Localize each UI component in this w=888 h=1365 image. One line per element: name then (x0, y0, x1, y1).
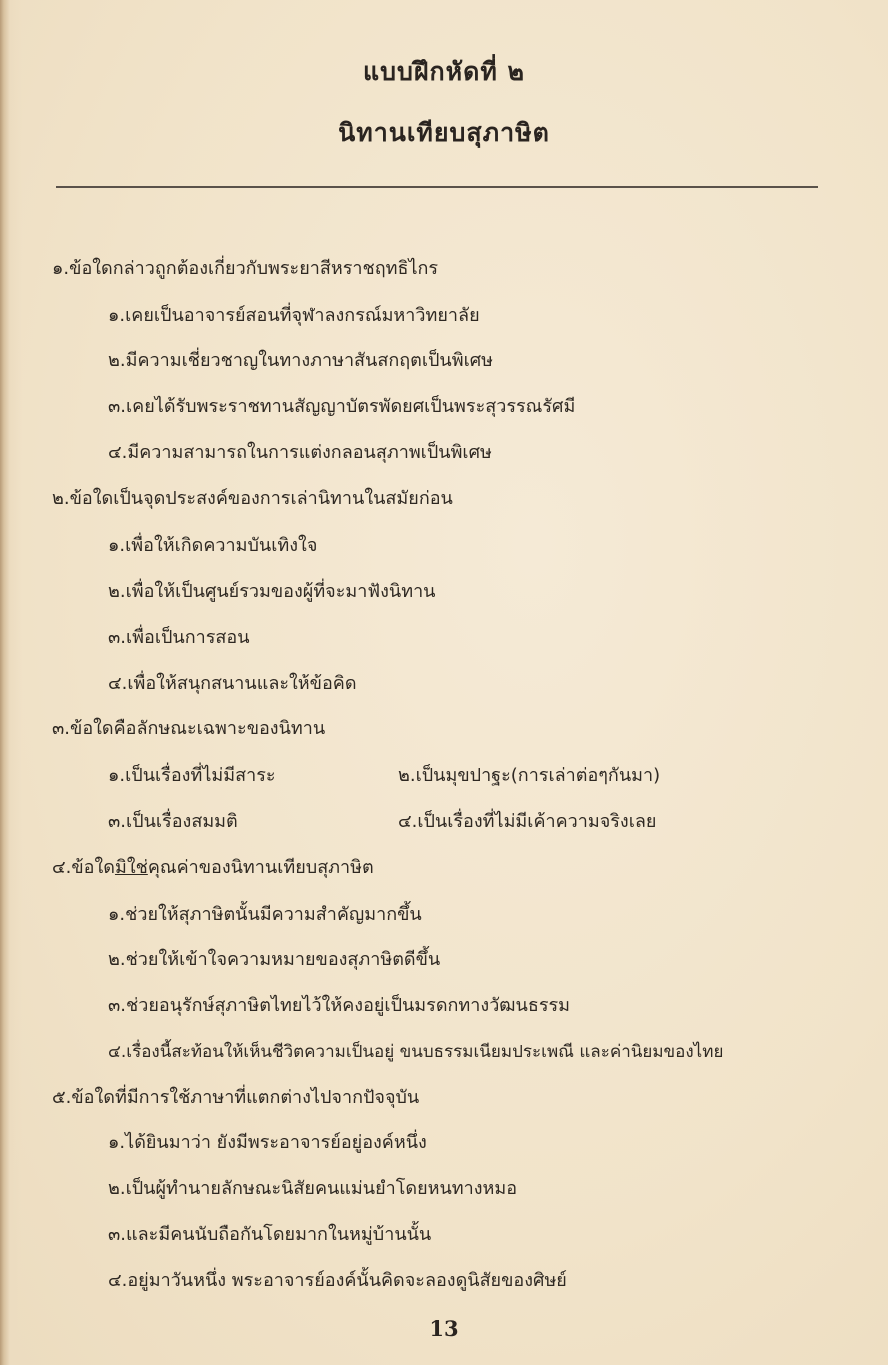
question-text: ข้อใดคือลักษณะเฉพาะของนิทาน (70, 718, 325, 739)
question-5: ๕.ข้อใดที่มีการใช้ภาษาที่แตกต่างไปจากปัจ… (52, 1086, 419, 1110)
question-2-option-1: ๑.เพื่อให้เกิดความบันเทิงใจ (108, 534, 317, 558)
question-5-option-2: ๒.เป็นผู้ทำนายลักษณะนิสัยคนแม่นยำโดยหนทา… (108, 1177, 517, 1201)
question-text-before: ข้อใด (71, 857, 115, 878)
horizontal-divider (56, 186, 818, 188)
question-2: ๒.ข้อใดเป็นจุดประสงค์ของการเล่านิทานในสม… (52, 487, 453, 511)
question-text: ข้อใดกล่าวถูกต้องเกี่ยวกับพระยาสีหราชฤทธ… (69, 258, 438, 279)
question-number: ๓. (52, 718, 70, 739)
question-3-option-2: ๒.เป็นมุขปาฐะ(การเล่าต่อๆกันมา) (398, 764, 660, 788)
question-text-after: คุณค่าของนิทานเทียบสุภาษิต (148, 857, 374, 878)
exercise-subtitle: นิทานเทียบสุภาษิต (0, 113, 888, 153)
question-4-option-2: ๒.ช่วยให้เข้าใจความหมายของสุภาษิตดีขึ้น (108, 948, 440, 972)
question-1-option-1: ๑.เคยเป็นอาจารย์สอนที่จุฬาลงกรณ์มหาวิทยา… (108, 304, 480, 328)
question-5-option-4: ๔.อยู่มาวันหนึ่ง พระอาจารย์องค์นั้นคิดจะ… (108, 1269, 567, 1293)
question-text-underlined: มิใช่ (115, 857, 148, 878)
question-1-option-4: ๔.มีความสามารถในการแต่งกลอนสุภาพเป็นพิเศ… (108, 441, 492, 465)
question-number: ๕. (52, 1087, 71, 1108)
question-4-option-1: ๑.ช่วยให้สุภาษิตนั้นมีความสำคัญมากขึ้น (108, 903, 422, 927)
page-number: 13 (0, 1316, 888, 1341)
question-1-option-2: ๒.มีความเชี่ยวชาญในทางภาษาสันสกฤตเป็นพิเ… (108, 349, 493, 373)
question-2-option-2: ๒.เพื่อให้เป็นศูนย์รวมของผู้ที่จะมาฟังนิ… (108, 580, 436, 604)
question-4-option-4: ๔.เรื่องนี้สะท้อนให้เห็นชีวิตความเป็นอยู… (108, 1040, 723, 1064)
question-1-option-3: ๓.เคยได้รับพระราชทานสัญญาบัตรพัดยศเป็นพร… (108, 395, 575, 419)
question-text: ข้อใดที่มีการใช้ภาษาที่แตกต่างไปจากปัจจุ… (71, 1087, 419, 1108)
question-2-option-4: ๔.เพื่อให้สนุกสนานและให้ข้อคิด (108, 672, 357, 696)
question-number: ๔. (52, 857, 71, 878)
question-2-option-3: ๓.เพื่อเป็นการสอน (108, 626, 250, 650)
book-page: แบบฝึกหัดที่ ๒ นิทานเทียบสุภาษิต ๑.ข้อใด… (0, 0, 888, 1365)
question-4-option-3: ๓.ช่วยอนุรักษ์สุภาษิตไทยไว้ให้คงอยู่เป็น… (108, 994, 570, 1018)
question-4: ๔.ข้อใดมิใช่คุณค่าของนิทานเทียบสุภาษิต (52, 856, 374, 880)
question-1: ๑.ข้อใดกล่าวถูกต้องเกี่ยวกับพระยาสีหราชฤ… (52, 257, 438, 281)
question-text: ข้อใดเป็นจุดประสงค์ของการเล่านิทานในสมัย… (70, 488, 453, 509)
question-3-option-1: ๑.เป็นเรื่องที่ไม่มีสาระ (108, 764, 276, 788)
exercise-title: แบบฝึกหัดที่ ๒ (0, 52, 888, 92)
question-number: ๑. (52, 258, 69, 279)
question-5-option-1: ๑.ได้ยินมาว่า ยังมีพระอาจารย์อยู่องค์หนึ… (108, 1131, 427, 1155)
question-3: ๓.ข้อใดคือลักษณะเฉพาะของนิทาน (52, 717, 325, 741)
question-5-option-3: ๓.และมีคนนับถือกันโดยมากในหมู่บ้านนั้น (108, 1223, 431, 1247)
question-3-option-4: ๔.เป็นเรื่องที่ไม่มีเค้าความจริงเลย (398, 810, 656, 834)
question-number: ๒. (52, 488, 70, 509)
question-3-option-3: ๓.เป็นเรื่องสมมติ (108, 810, 238, 834)
